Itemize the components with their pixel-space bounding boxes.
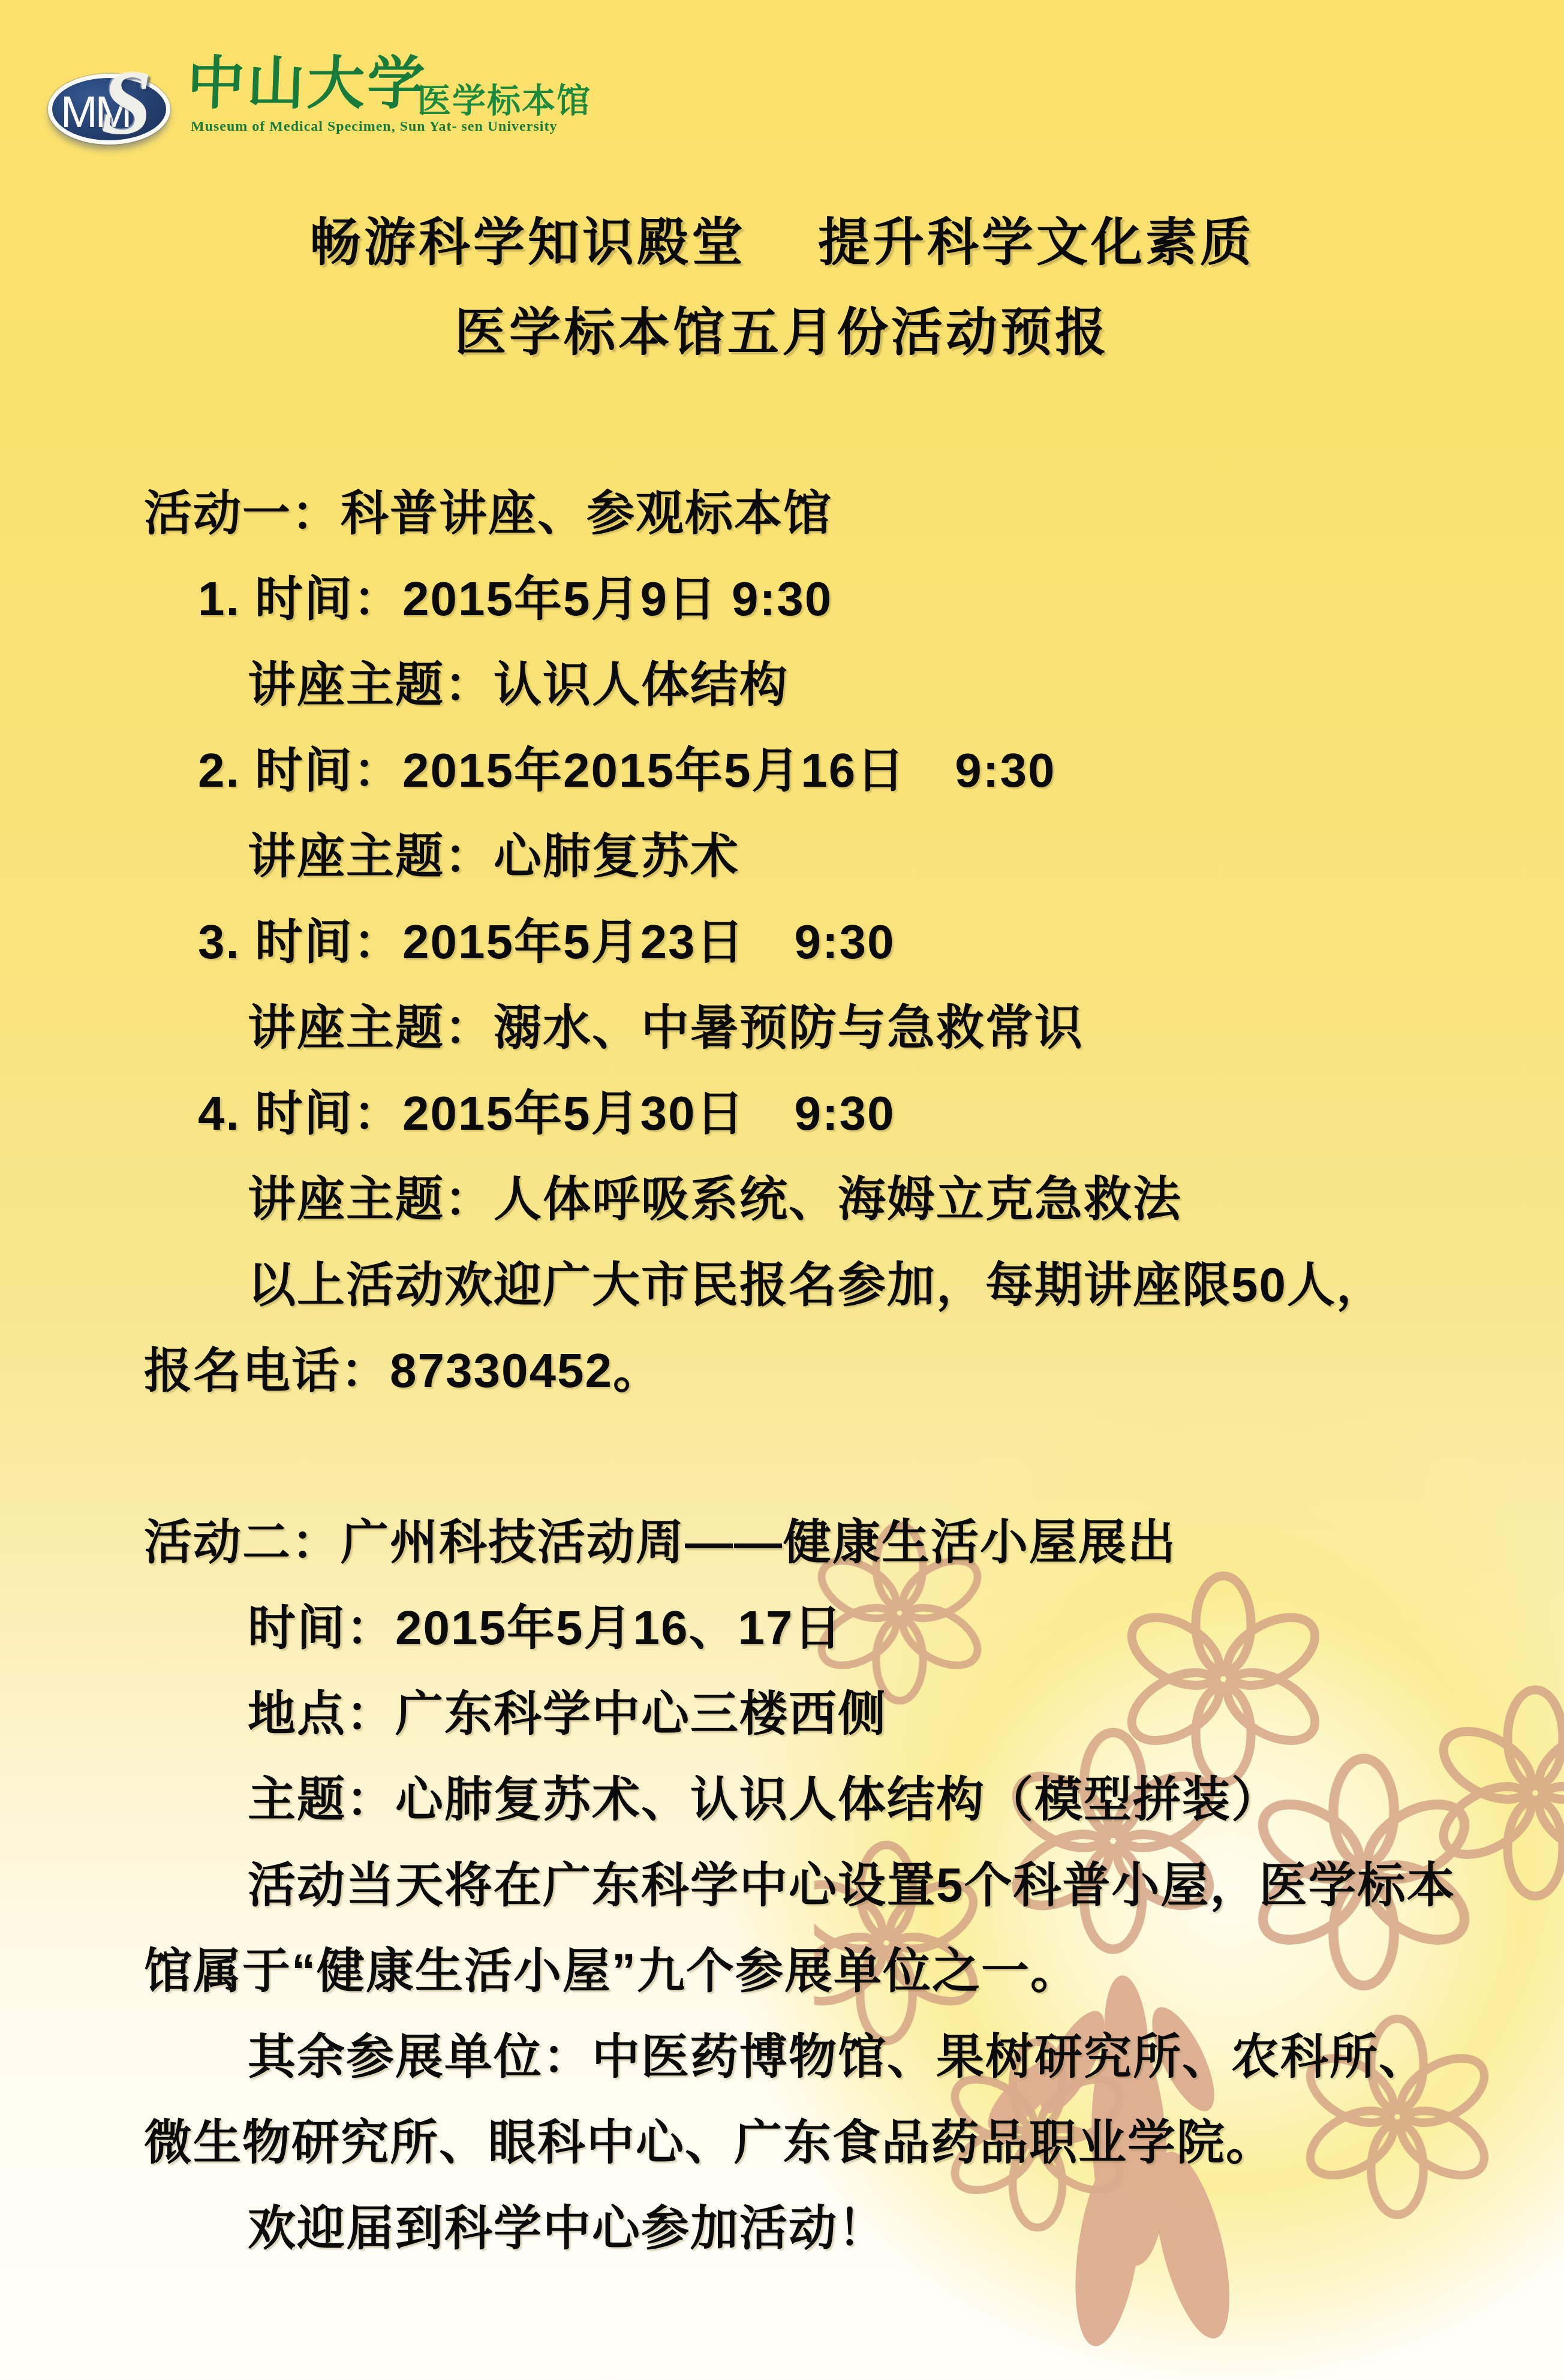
poster-titles: 畅游科学知识殿堂 提升科学文化素质 医学标本馆五月份活动预报 (0, 198, 1564, 378)
body-line: 讲座主题：人体呼吸系统、海姆立克急救法 (0, 1156, 1564, 1242)
mms-emblem: MM S (48, 74, 170, 145)
body-line: 地点：广东科学中心三楼西侧 (0, 1671, 1564, 1756)
body-line: 以上活动欢迎广大市民报名参加，每期讲座限50人， (0, 1242, 1564, 1328)
poster-title-line2: 医学标本馆五月份活动预报 (0, 288, 1564, 378)
body-line: 4. 时间：2015年5月30日 9:30 (0, 1070, 1564, 1156)
body-line: 其余参展单位：中医药博物馆、果树研究所、农科所、 (0, 2014, 1564, 2099)
body-line: 活动一：科普讲座、参观标本馆 (0, 470, 1564, 556)
body-line: 报名电话：87330452。 (0, 1328, 1564, 1413)
document-body: 活动一：科普讲座、参观标本馆 1. 时间：2015年5月9日 9:30 讲座主题… (0, 470, 1564, 2271)
body-line: 讲座主题：溺水、中暑预防与急救常识 (0, 985, 1564, 1070)
emblem-s-text: S (101, 58, 152, 149)
poster-title-line1: 畅游科学知识殿堂 提升科学文化素质 (0, 198, 1564, 288)
body-line: 1. 时间：2015年5月9日 9:30 (0, 556, 1564, 642)
logo-bar: MM S 中山大学 医学标本馆 Museum of Medical Specim… (0, 0, 1564, 198)
university-name-en: Museum of Medical Specimen, Sun Yat- sen… (191, 119, 557, 135)
poster-page: { "logo": { "emblem_text": "MMS", "emble… (0, 0, 1564, 2380)
body-line: 欢迎届到科学中心参加活动！ (0, 2185, 1564, 2271)
body-line: 微生物研究所、眼科中心、广东食品药品职业学院。 (0, 2099, 1564, 2185)
body-line: 2. 时间：2015年2015年5月16日 9:30 (0, 727, 1564, 813)
body-line: 活动二：广州科技活动周——健康生活小屋展出 (0, 1499, 1564, 1585)
university-name-cn: 中山大学 (186, 53, 428, 115)
body-line: 讲座主题：心肺复苏术 (0, 813, 1564, 899)
body-line: 时间：2015年5月16、17日 (0, 1585, 1564, 1671)
body-line-spacer (0, 1413, 1564, 1499)
body-line: 活动当天将在广东科学中心设置5个科普小屋，医学标本 (0, 1842, 1564, 1928)
body-line: 讲座主题：认识人体结构 (0, 642, 1564, 727)
museum-name-cn: 医学标本馆 (417, 83, 591, 119)
body-line: 3. 时间：2015年5月23日 9:30 (0, 899, 1564, 985)
body-line: 主题：心肺复苏术、认识人体结构（模型拼装） (0, 1756, 1564, 1842)
body-line: 馆属于“健康生活小屋”九个参展单位之一。 (0, 1928, 1564, 2014)
